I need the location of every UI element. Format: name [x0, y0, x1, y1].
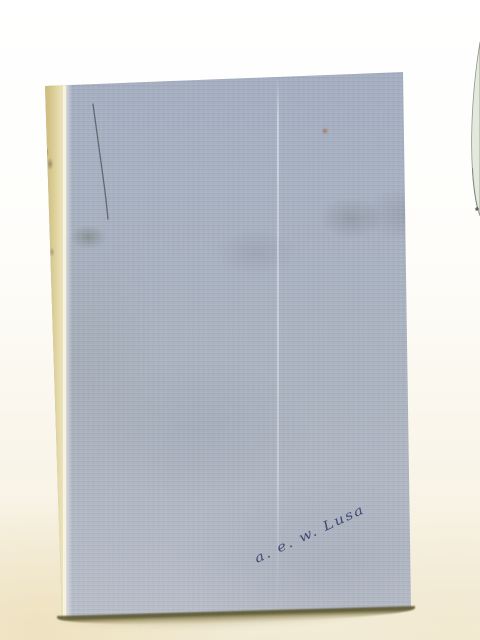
- spine-hinge-highlight: [63, 72, 72, 622]
- vertical-crease-line: [277, 76, 279, 608]
- book-front-cover: [0, 0, 480, 640]
- book: [0, 0, 480, 640]
- adjacent-object-edge-line: [473, 168, 479, 210]
- adjacent-object-sliver: [472, 42, 480, 216]
- adjacent-object-dark-tip: [475, 207, 479, 211]
- photo-frame: a. e. w. Lusa: [0, 0, 480, 640]
